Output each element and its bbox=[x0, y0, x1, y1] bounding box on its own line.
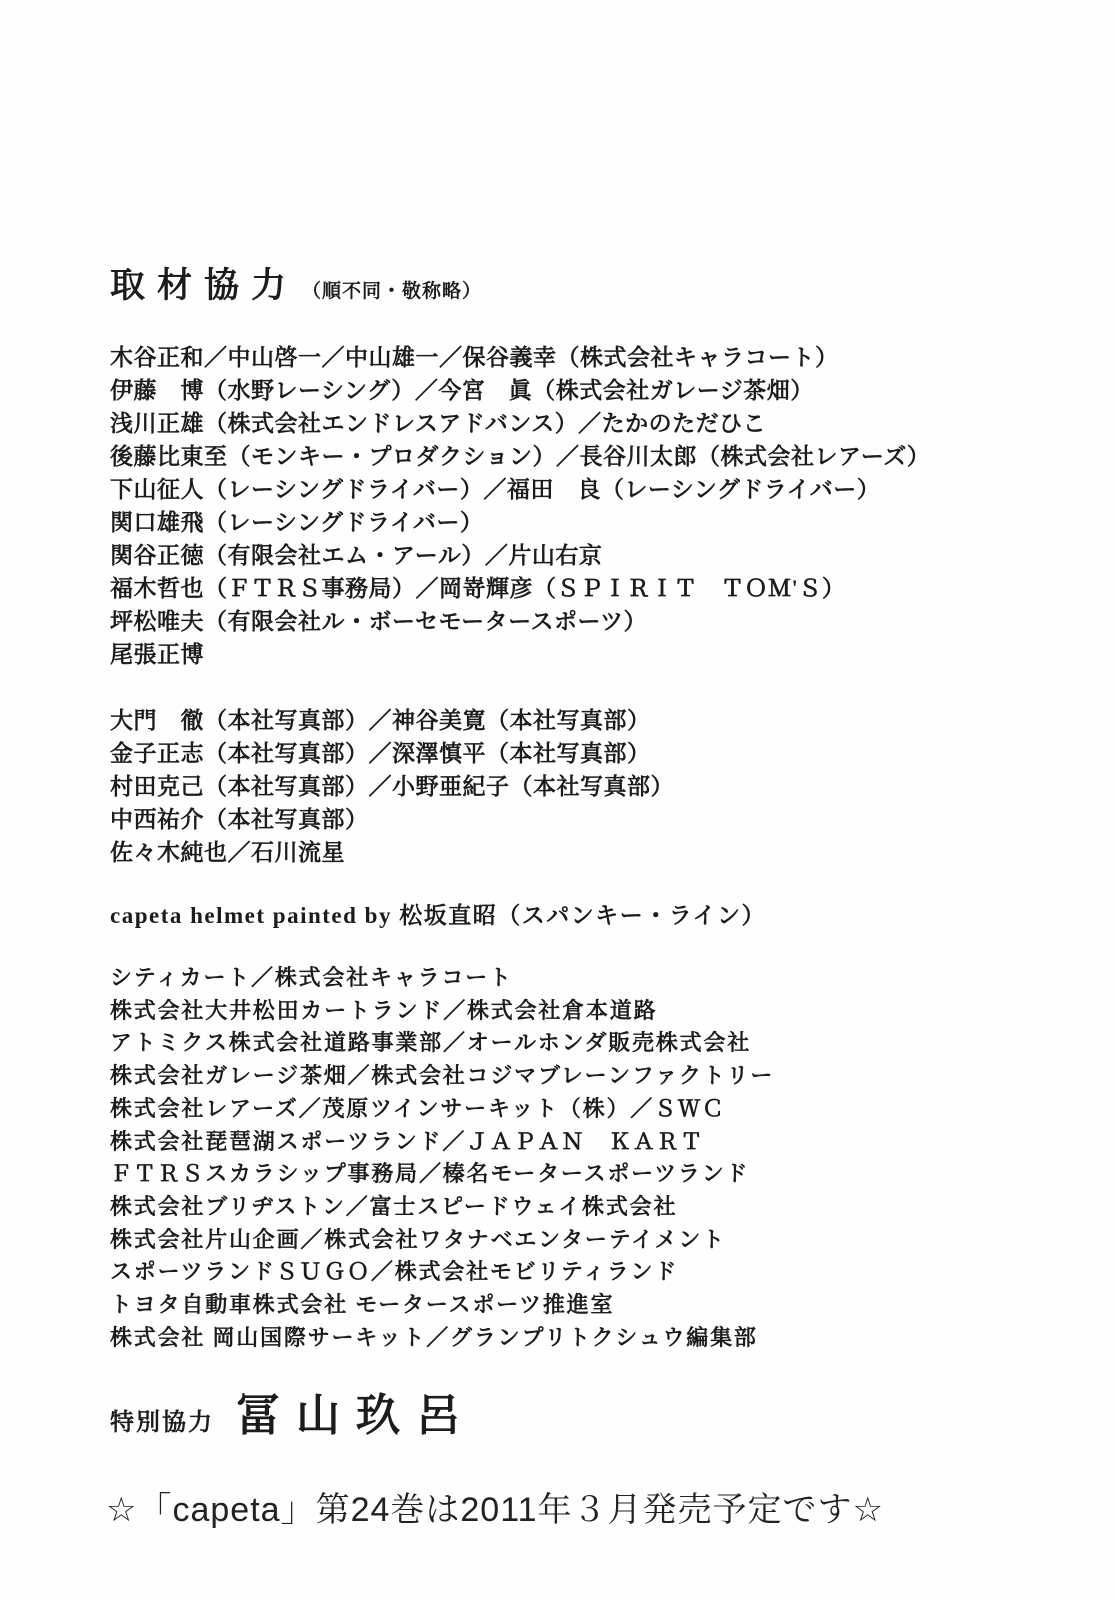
special-thanks-label: 特別協力 bbox=[110, 1402, 214, 1437]
page-title-note: （順不同・敬称略） bbox=[302, 276, 482, 303]
credit-line: 木谷正和／中山啓一／中山雄一／保谷義幸（株式会社キャラコート） bbox=[110, 341, 1055, 374]
credit-line: 佐々木純也／石川流星 bbox=[110, 836, 1055, 869]
credit-line: 坪松唯夫（有限会社ル・ボーセモータースポーツ） bbox=[110, 605, 1055, 638]
special-thanks: 特別協力 冨山玖呂 bbox=[110, 1394, 1055, 1438]
credit-line: 株式会社レアーズ／茂原ツインサーキット（株）／ＳＷＣ bbox=[110, 1093, 1055, 1126]
credit-line: 下山征人（レーシングドライバー）／福田 良（レーシングドライバー） bbox=[110, 473, 1055, 506]
credits-page: 取材協力 （順不同・敬称略） 木谷正和／中山啓一／中山雄一／保谷義幸（株式会社キ… bbox=[0, 0, 1115, 1600]
credit-line: 株式会社 岡山国際サーキット／グランプリトクシュウ編集部 bbox=[110, 1322, 1055, 1355]
organizations-list: シティカート／株式会社キャラコート 株式会社大井松田カートランド／株式会社倉本道… bbox=[110, 962, 1055, 1354]
credit-line: 関谷正徳（有限会社エム・アール）／片山右京 bbox=[110, 539, 1055, 572]
credit-line: アトミクス株式会社道路事業部／オールホンダ販売株式会社 bbox=[110, 1027, 1055, 1060]
individuals-list: 木谷正和／中山啓一／中山雄一／保谷義幸（株式会社キャラコート） 伊藤 博（水野レ… bbox=[110, 341, 1055, 671]
credit-line: ＦＴＲＳスカラシップ事務局／榛名モータースポーツランド bbox=[110, 1158, 1055, 1191]
credit-line: 金子正志（本社写真部）／深澤慎平（本社写真部） bbox=[110, 737, 1055, 770]
credit-line: 大門 徹（本社写真部）／神谷美寛（本社写真部） bbox=[110, 704, 1055, 737]
credit-line: 株式会社琵琶湖スポーツランド／ＪＡＰＡＮ ＫＡＲＴ bbox=[110, 1126, 1055, 1159]
credit-line: 福木哲也（ＦＴＲＳ事務局）／岡嵜輝彦（ＳＰＩＲＩＴ ＴＯＭ'Ｓ） bbox=[110, 572, 1055, 605]
credit-line: トヨタ自動車株式会社 モータースポーツ推進室 bbox=[110, 1289, 1055, 1322]
credit-line: 株式会社片山企画／株式会社ワタナベエンターテイメント bbox=[110, 1224, 1055, 1257]
credit-line: 関口雄飛（レーシングドライバー） bbox=[110, 506, 1055, 539]
photographers-list: 大門 徹（本社写真部）／神谷美寛（本社写真部） 金子正志（本社写真部）／深澤慎平… bbox=[110, 704, 1055, 869]
credit-line: 株式会社大井松田カートランド／株式会社倉本道路 bbox=[110, 995, 1055, 1028]
page-title: 取材協力 bbox=[110, 268, 298, 303]
credit-line: 尾張正博 bbox=[110, 638, 1055, 671]
helmet-credit-line: capeta helmet painted by 松坂直昭（スパンキー・ライン） bbox=[110, 899, 1055, 932]
credit-line: 後藤比東至（モンキー・プロダクション）／長谷川太郎（株式会社レアーズ） bbox=[110, 440, 1055, 473]
page-header: 取材協力 （順不同・敬称略） bbox=[110, 268, 1055, 303]
credit-line: 株式会社ガレージ茶畑／株式会社コジマブレーンファクトリー bbox=[110, 1060, 1055, 1093]
release-announcement: ☆「capeta」第24巻は2011年３月発売予定です☆ bbox=[106, 1482, 884, 1531]
credit-line: シティカート／株式会社キャラコート bbox=[110, 962, 1055, 995]
credit-line: 浅川正雄（株式会社エンドレスアドバンス）／たかのただひこ bbox=[110, 407, 1055, 440]
special-thanks-name: 冨山玖呂 bbox=[236, 1394, 476, 1438]
credit-line: 中西祐介（本社写真部） bbox=[110, 803, 1055, 836]
credit-line: 伊藤 博（水野レーシング）／今宮 眞（株式会社ガレージ茶畑） bbox=[110, 374, 1055, 407]
credit-line: スポーツランドＳＵＧＯ／株式会社モビリティランド bbox=[110, 1256, 1055, 1289]
credit-line: 村田克己（本社写真部）／小野亜紀子（本社写真部） bbox=[110, 770, 1055, 803]
credit-line: 株式会社ブリヂストン／富士スピードウェイ株式会社 bbox=[110, 1191, 1055, 1224]
